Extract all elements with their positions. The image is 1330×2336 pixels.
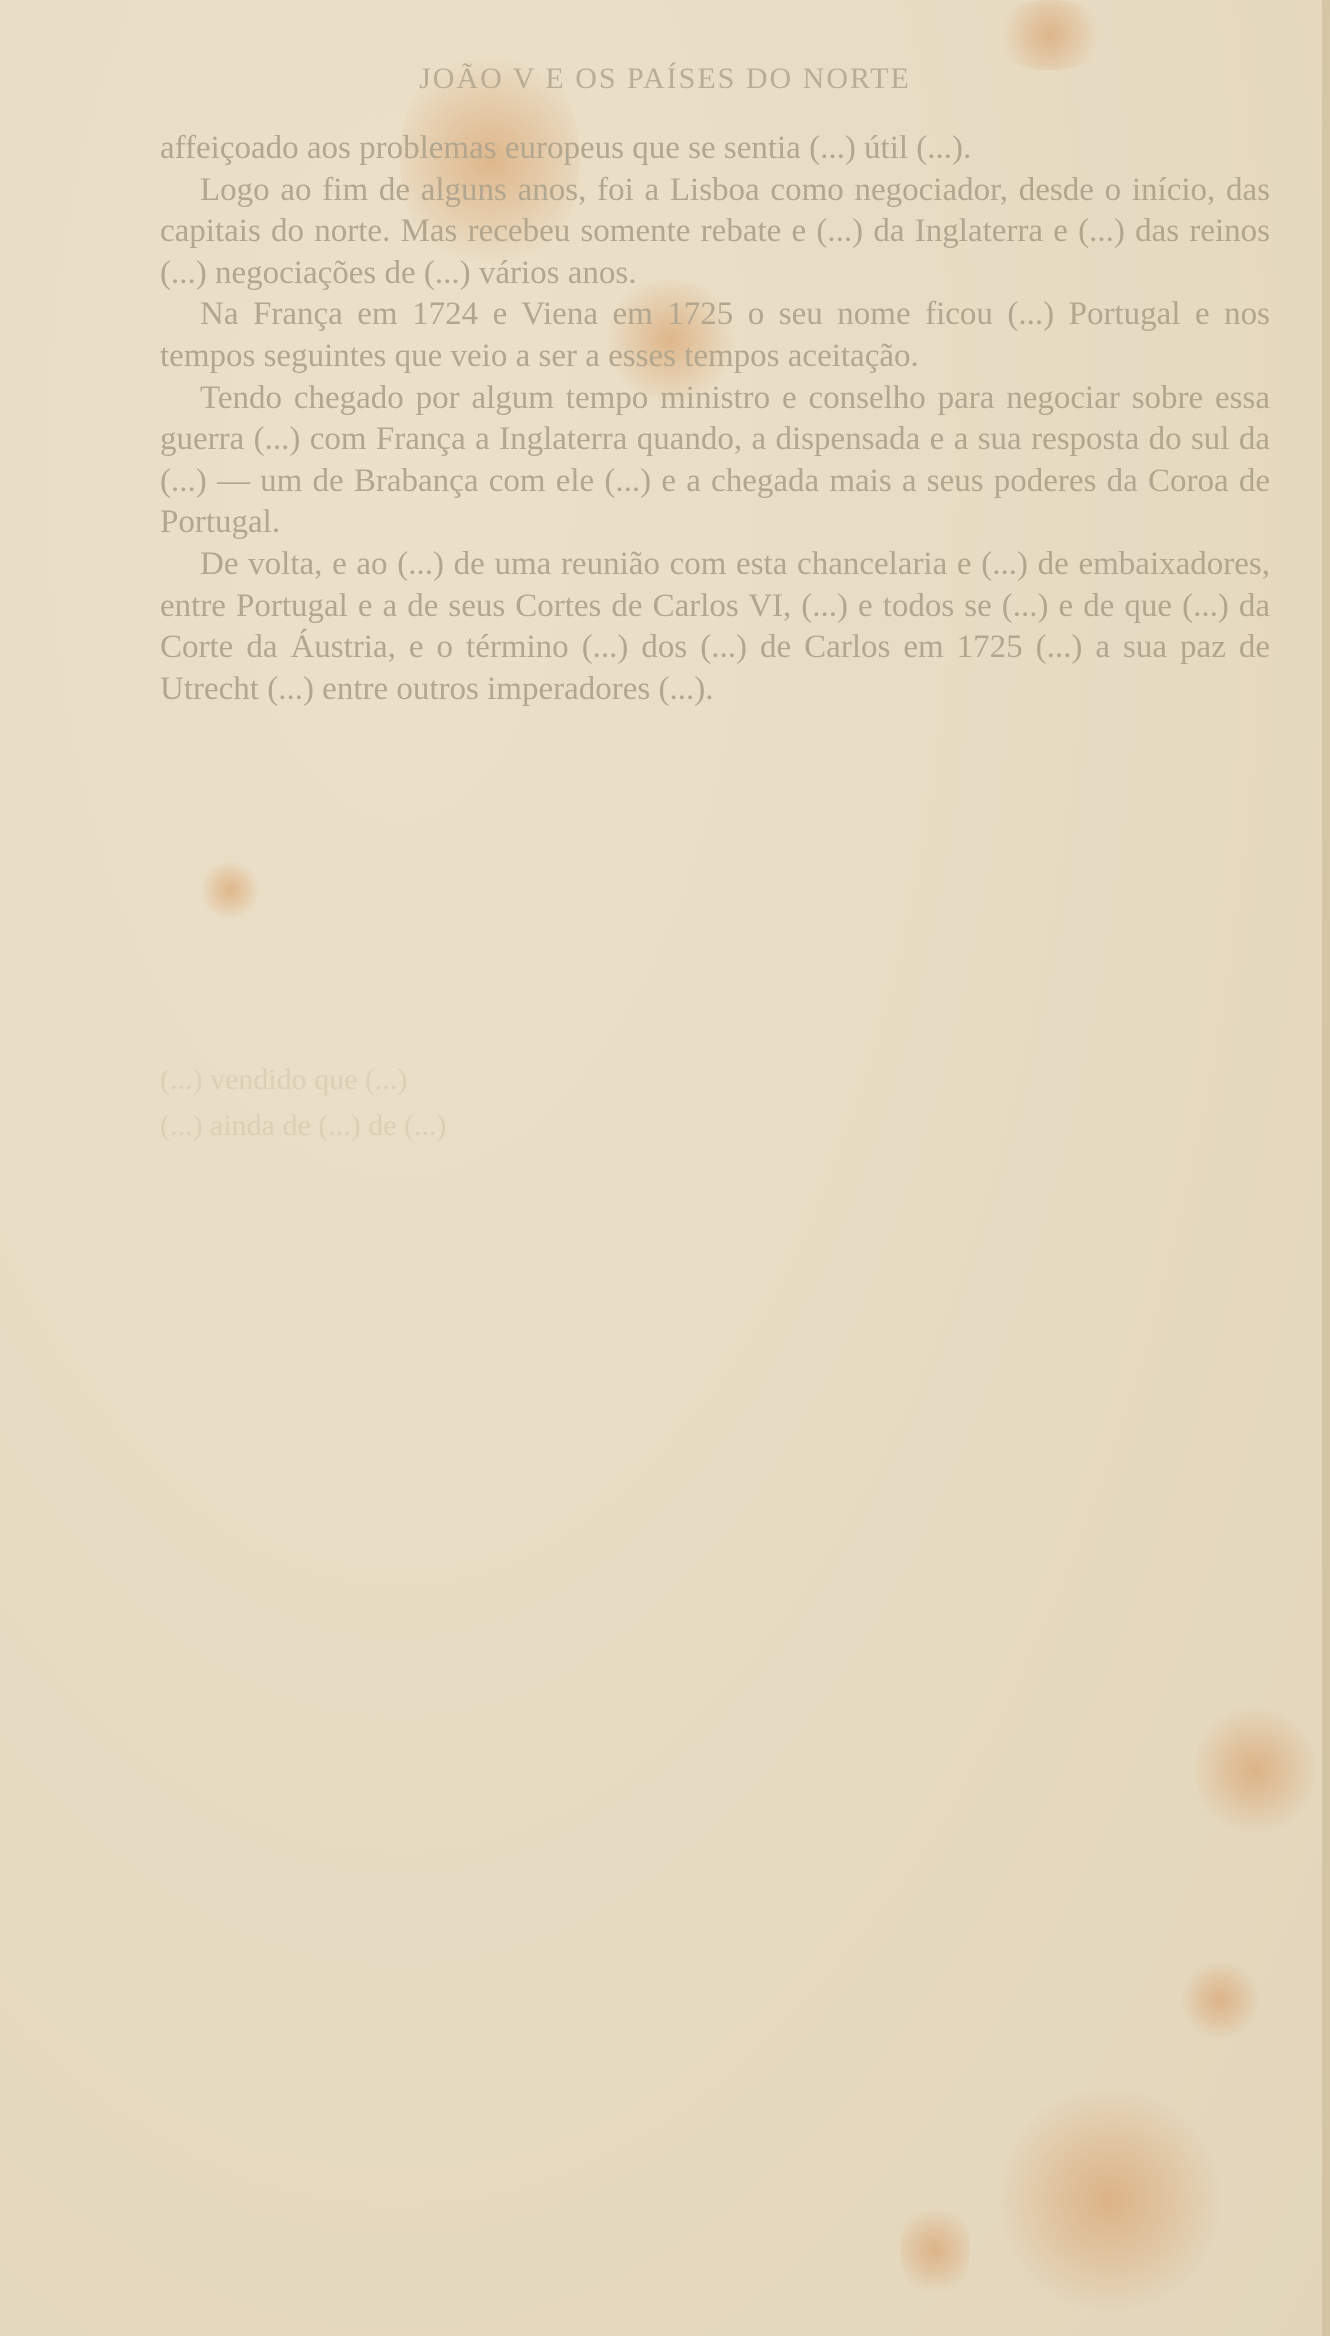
foxing-stain xyxy=(1195,1700,1315,1840)
ghost-line: (...) vendido que (...) xyxy=(160,1060,1270,1100)
foxing-stain xyxy=(990,0,1110,70)
foxing-stain xyxy=(900,2200,970,2300)
paper-page: JOÃO V E OS PAÍSES DO NORTE affeiçoado a… xyxy=(0,0,1330,2336)
foxing-stain xyxy=(1180,1960,1260,2040)
paragraph: De volta, e ao (...) de uma reunião com … xyxy=(160,544,1270,710)
foxing-stain xyxy=(1000,2080,1220,2320)
show-through-text: (...) vendido que (...) (...) ainda de (… xyxy=(160,1060,1270,1152)
ghost-line: (...) ainda de (...) de (...) xyxy=(160,1106,1270,1146)
paragraph: Na França em 1724 e Viena em 1725 o seu … xyxy=(160,294,1270,377)
page-edge xyxy=(1322,0,1330,2336)
paragraph: Logo ao fim de alguns anos, foi a Lisboa… xyxy=(160,170,1270,295)
foxing-stain xyxy=(200,860,260,920)
running-header: JOÃO V E OS PAÍSES DO NORTE xyxy=(0,62,1330,96)
paragraph: Tendo chegado por algum tempo ministro e… xyxy=(160,378,1270,544)
body-text: affeiçoado aos problemas europeus que se… xyxy=(160,128,1270,710)
paragraph: affeiçoado aos problemas europeus que se… xyxy=(160,128,1270,170)
